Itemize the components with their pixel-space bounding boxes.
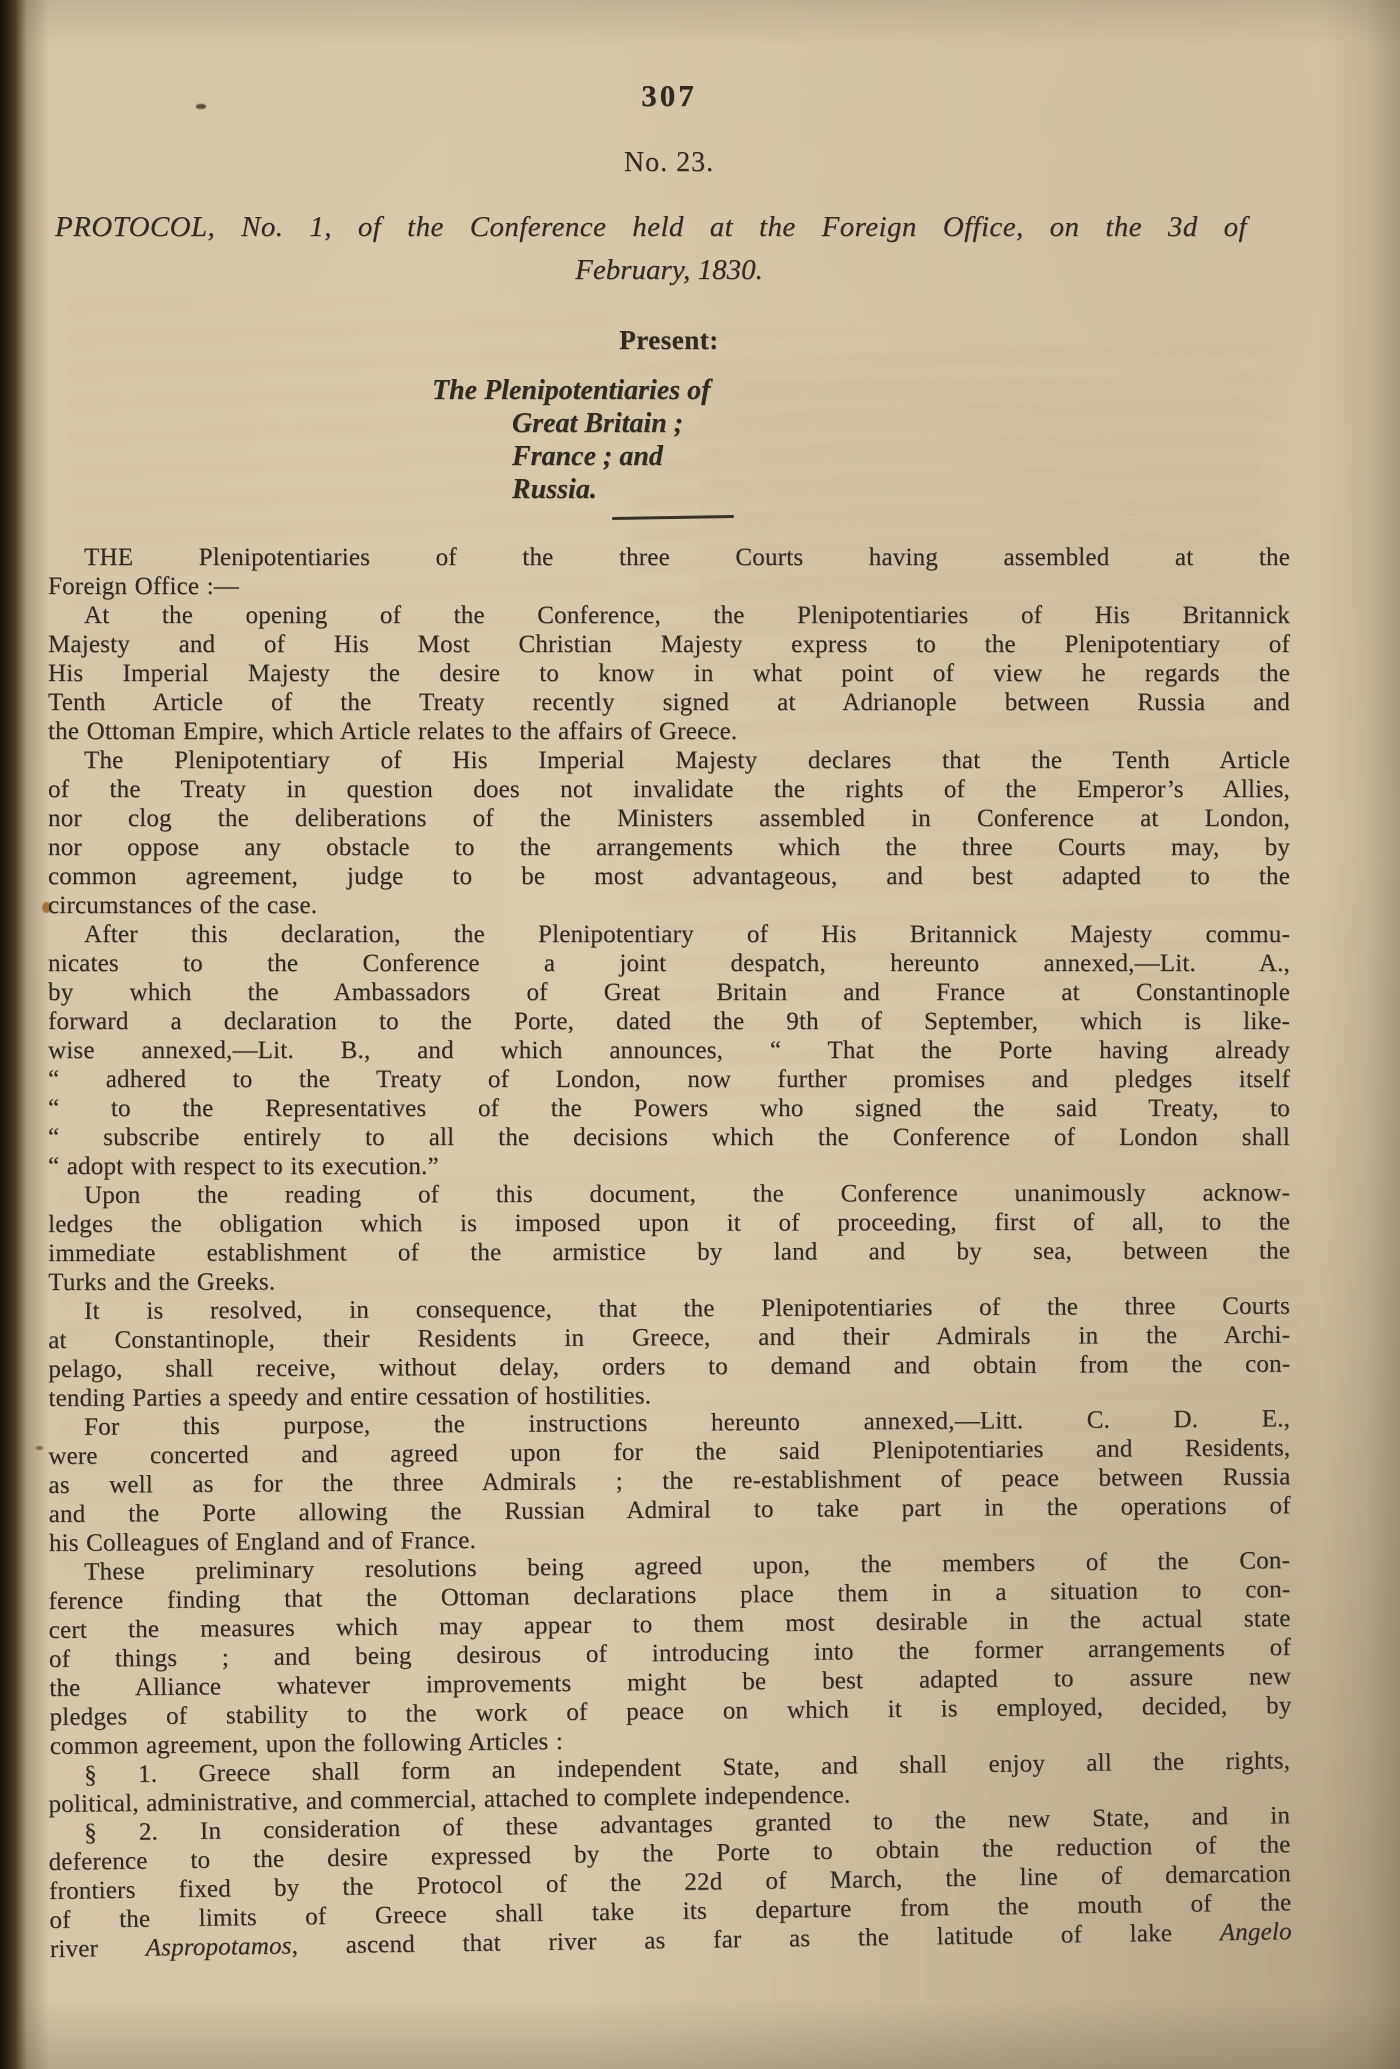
- attendee-great-britain: Great Britain ;: [512, 407, 710, 440]
- paragraph: It is resolved, in consequence, that the…: [48, 1292, 1290, 1413]
- text-line: nor clog the deliberations of the Minist…: [48, 804, 1290, 833]
- document-body: THE Plenipotentiaries of the three Court…: [48, 543, 1290, 1964]
- italic-text: Angelo: [1220, 1918, 1292, 1946]
- text-line: circumstances of the case.: [48, 891, 1290, 920]
- text-line: Upon the reading of this document, the C…: [48, 1178, 1290, 1210]
- text-line: nor oppose any obstacle to the arrangeme…: [48, 833, 1290, 862]
- text-line: Tenth Article of the Treaty recently sig…: [48, 688, 1290, 717]
- paper-stain: [36, 1446, 43, 1450]
- section-divider: [612, 515, 734, 520]
- paragraph: These preliminary resolutions being agre…: [48, 1546, 1292, 1761]
- text-line: nicates to the Conference a joint despat…: [48, 949, 1290, 978]
- text-line: After this declaration, the Plenipotenti…: [48, 920, 1290, 949]
- document-number-heading: No. 23.: [48, 147, 1290, 179]
- paragraph: The Plenipotentiary of His Imperial Maje…: [48, 746, 1290, 920]
- paragraph: Upon the reading of this document, the C…: [48, 1178, 1290, 1297]
- attendee-russia: Russia.: [512, 473, 710, 506]
- text-line: immediate establishment of the armistice…: [48, 1236, 1290, 1268]
- attendees-list: The Plenipotentiaries of Great Britain ;…: [432, 374, 710, 506]
- paragraph: At the opening of the Conference, the Pl…: [48, 601, 1290, 746]
- text-line: THE Plenipotentiaries of the three Court…: [48, 543, 1290, 572]
- protocol-title-line-2: February, 1830.: [48, 254, 1290, 287]
- paragraph: After this declaration, the Plenipotenti…: [48, 920, 1290, 1181]
- text-line: of the Treaty in question does not inval…: [48, 775, 1290, 804]
- present-heading: Present:: [48, 325, 1290, 356]
- text-line: pelago, shall receive, without delay, or…: [48, 1350, 1290, 1384]
- scanned-page: 307 No. 23. PROTOCOL, No. 1, of the Conf…: [0, 0, 1400, 2069]
- text-line: At the opening of the Conference, the Pl…: [48, 601, 1290, 630]
- text-line: “ to the Representatives of the Powers w…: [48, 1094, 1290, 1123]
- text-line: the Ottoman Empire, which Article relate…: [48, 717, 1290, 746]
- protocol-title-line-1: PROTOCOL, No. 1, of the Conference held …: [55, 211, 1247, 244]
- text-line: ledges the obligation which is imposed u…: [48, 1207, 1290, 1239]
- italic-text: Aspropotamos: [145, 1933, 291, 1962]
- text-line: forward a declaration to the Porte, date…: [48, 1007, 1290, 1036]
- text-line: His Imperial Majesty the desire to know …: [48, 659, 1290, 688]
- text-line: wise annexed,—Lit. B., and which announc…: [48, 1036, 1290, 1065]
- text-line: “ subscribe entirely to all the decision…: [48, 1123, 1290, 1152]
- text-line: “ adopt with respect to its execution.”: [48, 1152, 1290, 1181]
- text-line: Foreign Office :—: [48, 572, 1290, 601]
- paragraph: § 2. In consideration of these advantage…: [48, 1801, 1292, 1964]
- text-segment: river: [50, 1935, 146, 1963]
- paragraph: THE Plenipotentiaries of the three Court…: [48, 543, 1290, 601]
- text-line: The Plenipotentiary of His Imperial Maje…: [48, 746, 1290, 775]
- attendee-france: France ; and: [512, 440, 710, 473]
- paragraph: For this purpose, the instructions hereu…: [48, 1404, 1291, 1558]
- page-number: 307: [48, 78, 1290, 114]
- attendees-intro: The Plenipotentiaries of: [432, 374, 710, 407]
- text-line: “ adhered to the Treaty of London, now f…: [48, 1065, 1290, 1094]
- text-line: common agreement, judge to be most advan…: [48, 862, 1290, 891]
- text-line: Majesty and of His Most Christian Majest…: [48, 630, 1290, 659]
- text-line: by which the Ambassadors of Great Britai…: [48, 978, 1290, 1007]
